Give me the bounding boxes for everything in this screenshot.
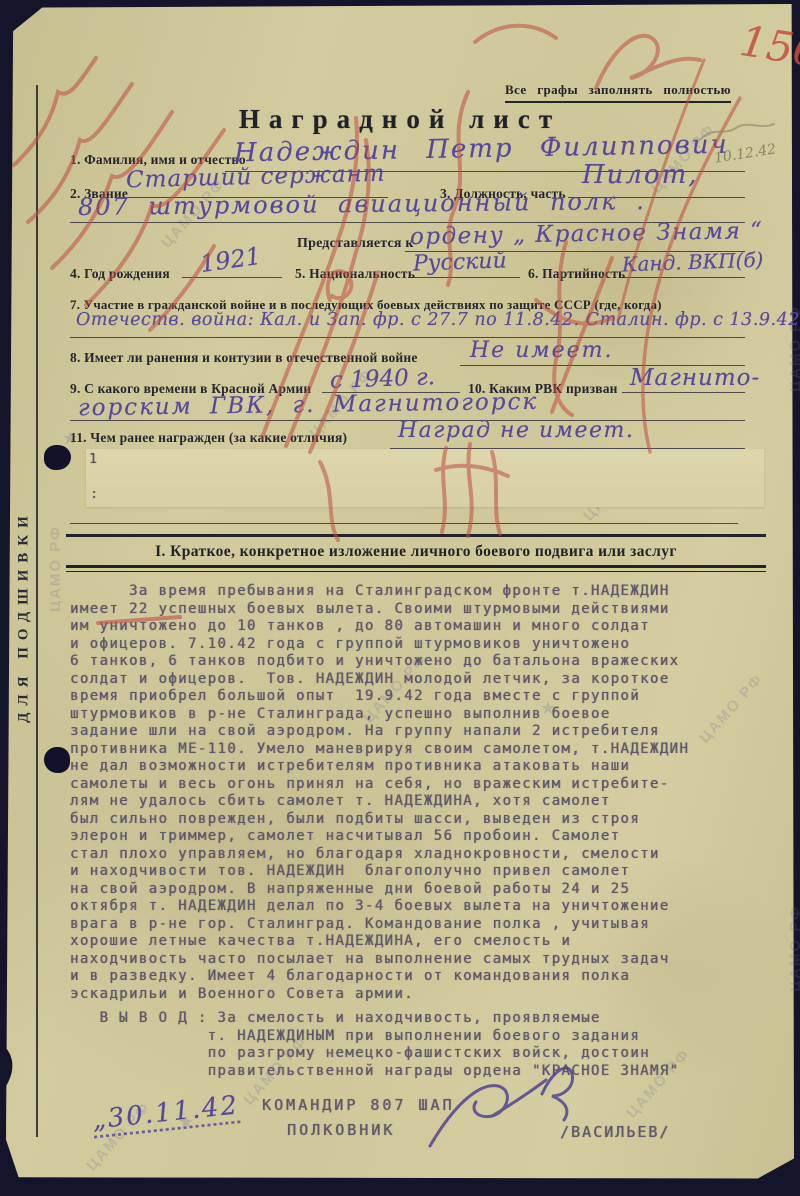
citation-text: За время пребывания на Сталинградском фр… xyxy=(70,583,782,1003)
field-5-value: Русский xyxy=(413,248,508,276)
field-7-value: Отечеств. война: Кал. и Зап. фр. с 27.7 … xyxy=(76,310,800,330)
commander-rank-line: ПОЛКОВНИК xyxy=(287,1121,395,1139)
conclusion-text: В Ы В О Д : За смелость и находчивость, … xyxy=(70,1010,782,1080)
field-6-label: 6. Партийность xyxy=(528,266,625,282)
field-10-value: Магнито- xyxy=(630,365,760,391)
section-divider xyxy=(66,565,766,568)
field-8-label: 8. Имеет ли ранения и контузии в отечест… xyxy=(70,350,418,366)
field-3-value-line2: 807 штурмовой авиационный полк . xyxy=(78,187,646,221)
form-line xyxy=(70,523,738,524)
section-1-heading: I. Краткое, конкретное изложение личного… xyxy=(66,543,766,561)
field-11-label: 11. Чем ранее награжден (за какие отличи… xyxy=(70,430,347,446)
patch-remnant: 1 xyxy=(89,452,97,467)
binding-rule xyxy=(36,85,38,1137)
form-line xyxy=(620,277,745,278)
field-6-value: Канд. ВКП(б) xyxy=(622,248,764,277)
commander-title-line: КОМАНДИР 807 ШАП xyxy=(262,1096,455,1114)
section-divider xyxy=(66,571,766,572)
form-line xyxy=(182,277,282,278)
field-4-label: 4. Год рождения xyxy=(70,266,170,282)
field-5-label: 5. Национальность xyxy=(295,266,415,282)
binding-label: ДЛЯ ПОДШИВКИ xyxy=(16,509,33,723)
commander-name: /ВАСИЛЬЕВ/ xyxy=(560,1123,670,1141)
field-8-value: Не имеет. xyxy=(470,338,614,363)
form-line xyxy=(70,337,745,338)
field-9-value: с 1940 г. xyxy=(330,364,436,394)
field-3-value: Пилот, xyxy=(582,160,699,190)
patch-remnant: : xyxy=(90,487,98,502)
section-divider xyxy=(66,534,766,537)
scanned-award-document: { "page": { "fill_note": "Все графы запо… xyxy=(0,0,800,1196)
form-line xyxy=(622,392,745,393)
document-title: Наградной лист xyxy=(70,104,730,135)
form-line xyxy=(408,277,520,278)
presented-for-label: Представляется к xyxy=(297,236,414,252)
redaction-patch xyxy=(86,449,764,507)
field-11-value: Наград не имеет. xyxy=(398,418,634,443)
citation-block: За время пребывания на Сталинградском фр… xyxy=(70,583,782,1080)
punch-hole xyxy=(44,747,70,773)
fill-all-fields-note: Все графы заполнять полностью xyxy=(505,82,731,103)
